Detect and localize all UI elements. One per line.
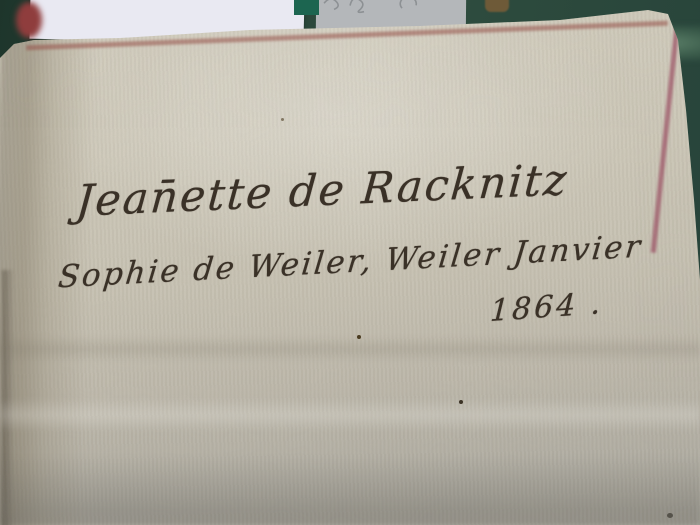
red-spine-head <box>16 2 42 38</box>
book-page: Jean̄ette de Racknitz Sophie de Weiler, … <box>0 0 700 525</box>
foxing-speck <box>357 335 361 339</box>
foxing-speck <box>459 400 463 404</box>
foxing-speck <box>281 118 284 121</box>
photo-of-book-page: Jean̄ette de Racknitz Sophie de Weiler, … <box>0 0 700 525</box>
foxing-speck <box>667 513 673 518</box>
brown-debris <box>485 0 509 12</box>
green-bookmark <box>294 0 319 15</box>
